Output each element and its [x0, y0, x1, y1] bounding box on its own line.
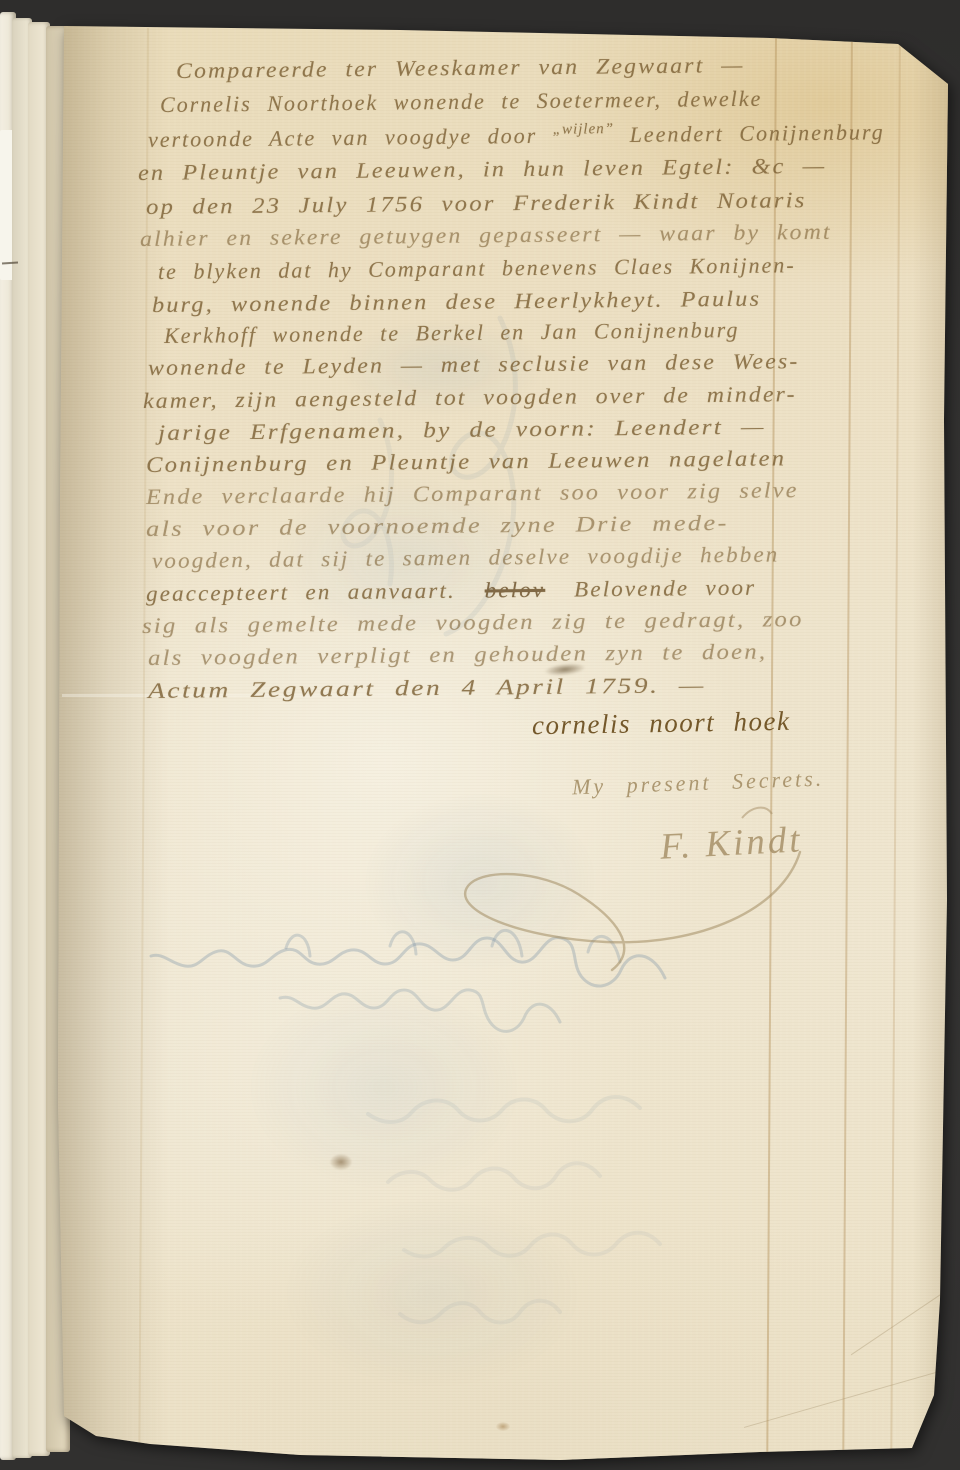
- stain-speck: [330, 1154, 352, 1170]
- manuscript-page: Compareerde ter Weeskamer van Zegwaart —…: [0, 0, 960, 1470]
- stain-speck: [496, 1422, 510, 1431]
- scanned-book-page: Compareerde ter Weeskamer van Zegwaart —…: [0, 0, 960, 1470]
- signature-flourish: [0, 0, 960, 1470]
- manuscript-page-wrap: Compareerde ter Weeskamer van Zegwaart —…: [0, 0, 960, 1470]
